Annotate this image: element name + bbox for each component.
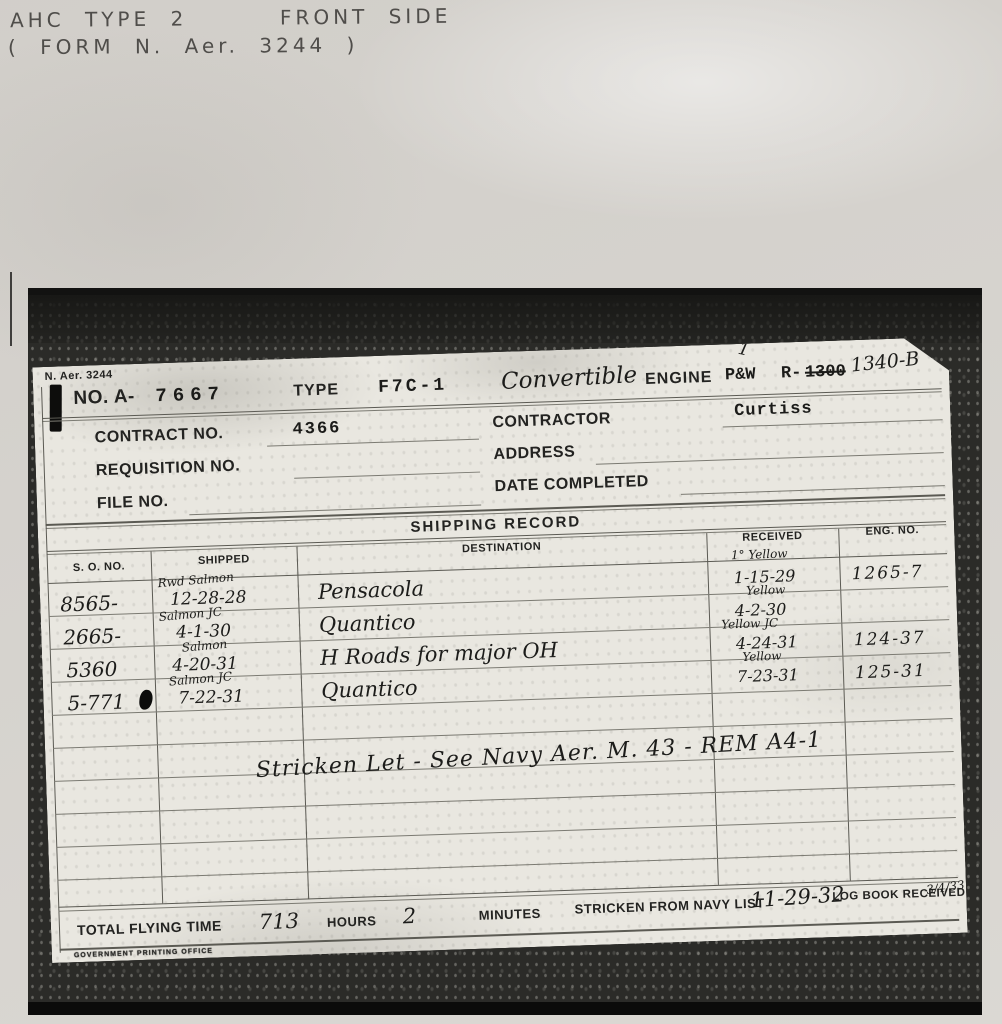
table-rule [56,817,956,848]
engine-model-prefix: R- [781,364,802,384]
stricken-note: Stricken Let - See Navy Aer. M. 43 - REM… [255,727,822,783]
type-value: F7C-1 [378,376,448,398]
so-no: 5-771 [67,689,125,715]
table-rule [55,784,955,815]
fill-line [267,439,479,447]
scan-artifact-line [10,272,12,346]
serial-label: NO. A- [73,386,135,410]
annotation-ahc-type: AHC TYPE 2 [10,6,188,32]
column-divider [296,547,309,899]
page-annotation-line1: AHC TYPE 2 FRONT SIDE [10,4,452,33]
total-flying-time-label: TOTAL FLYING TIME [77,917,222,938]
eng-no: 124-37 [854,628,926,650]
serial-value: 7667 [155,383,225,407]
stricken-date: 11-29-32 [750,882,846,912]
total-flying-time-minutes-value: 2 [402,904,416,928]
shipped-note: Salmon [181,637,228,655]
received-note: Yellow [742,649,782,664]
destination: Quantico [321,676,418,703]
contractor-value: Curtiss [734,400,813,422]
form-number: N. Aer. 3244 [44,369,112,383]
engine-model-replacement: 1340-B [850,348,921,377]
stricken-from-navy-list-label: STRICKEN FROM NAVY LIST [574,895,765,916]
ink-blob [139,689,153,710]
photocopy-bottom-strip [28,1002,982,1015]
contract-value: 4366 [292,419,341,440]
column-divider [151,551,164,903]
received-note: 1° Yellow [731,546,788,562]
ink-mark [50,385,62,432]
received-date: 7-23-31 [737,665,799,686]
column-header-eng-no: ENG. NO. [838,523,946,539]
type-label: TYPE [293,381,339,401]
eng-no: 1265-7 [851,562,923,584]
card-left-edge-line [41,387,61,953]
page-annotation-line2: ( FORM N. Aer. 3244 ) [8,33,359,59]
fill-line [723,419,943,427]
photocopy-top-shade [28,288,982,343]
eng-no: 125-31 [855,661,927,683]
so-no: 8565- [60,591,118,617]
column-divider [838,529,851,881]
address-label: ADDRESS [493,443,575,464]
annotation-front-side: FRONT SIDE [280,4,452,30]
column-header-shipped: SHIPPED [151,552,297,569]
fill-line [596,452,944,465]
contract-label: CONTRACT NO. [94,425,223,447]
received-note: Yellow JC [721,616,778,632]
destination: Pensacola [318,576,425,604]
aircraft-history-card: N. Aer. 3244 NO. A- 7667 TYPE F7C-1 Conv… [32,337,967,963]
photocopy-top-strip [28,288,982,295]
photocopy-region: N. Aer. 3244 NO. A- 7667 TYPE F7C-1 Conv… [28,288,982,1015]
fill-line [294,472,480,479]
engine-maker: P&W [725,365,756,385]
column-header-so-no: S. O. NO. [47,560,151,575]
requisition-label: REQUISITION NO. [96,458,241,481]
column-divider [706,533,719,885]
date-completed-label: DATE COMPLETED [494,473,649,496]
received-note: Yellow [746,583,786,598]
total-flying-time-hours-value: 713 [258,909,299,934]
so-no: 5360 [66,657,118,683]
annotation-gap [208,25,260,26]
contractor-label: CONTRACTOR [492,410,611,432]
so-no: 2665- [63,624,121,650]
destination: H Roads for major OH [320,638,558,670]
destination: Quantico [319,610,416,637]
table-rule [57,850,957,881]
minutes-label: MINUTES [479,906,541,923]
shipped-date: 7-22-31 [178,687,244,709]
file-label: FILE NO. [97,493,169,513]
fill-line [681,485,945,495]
hours-label: HOURS [327,913,377,930]
type-handwritten-note: Convertible [500,362,637,395]
engine-label: ENGINE [645,369,713,389]
engine-model-struck: 1300 [805,362,846,382]
